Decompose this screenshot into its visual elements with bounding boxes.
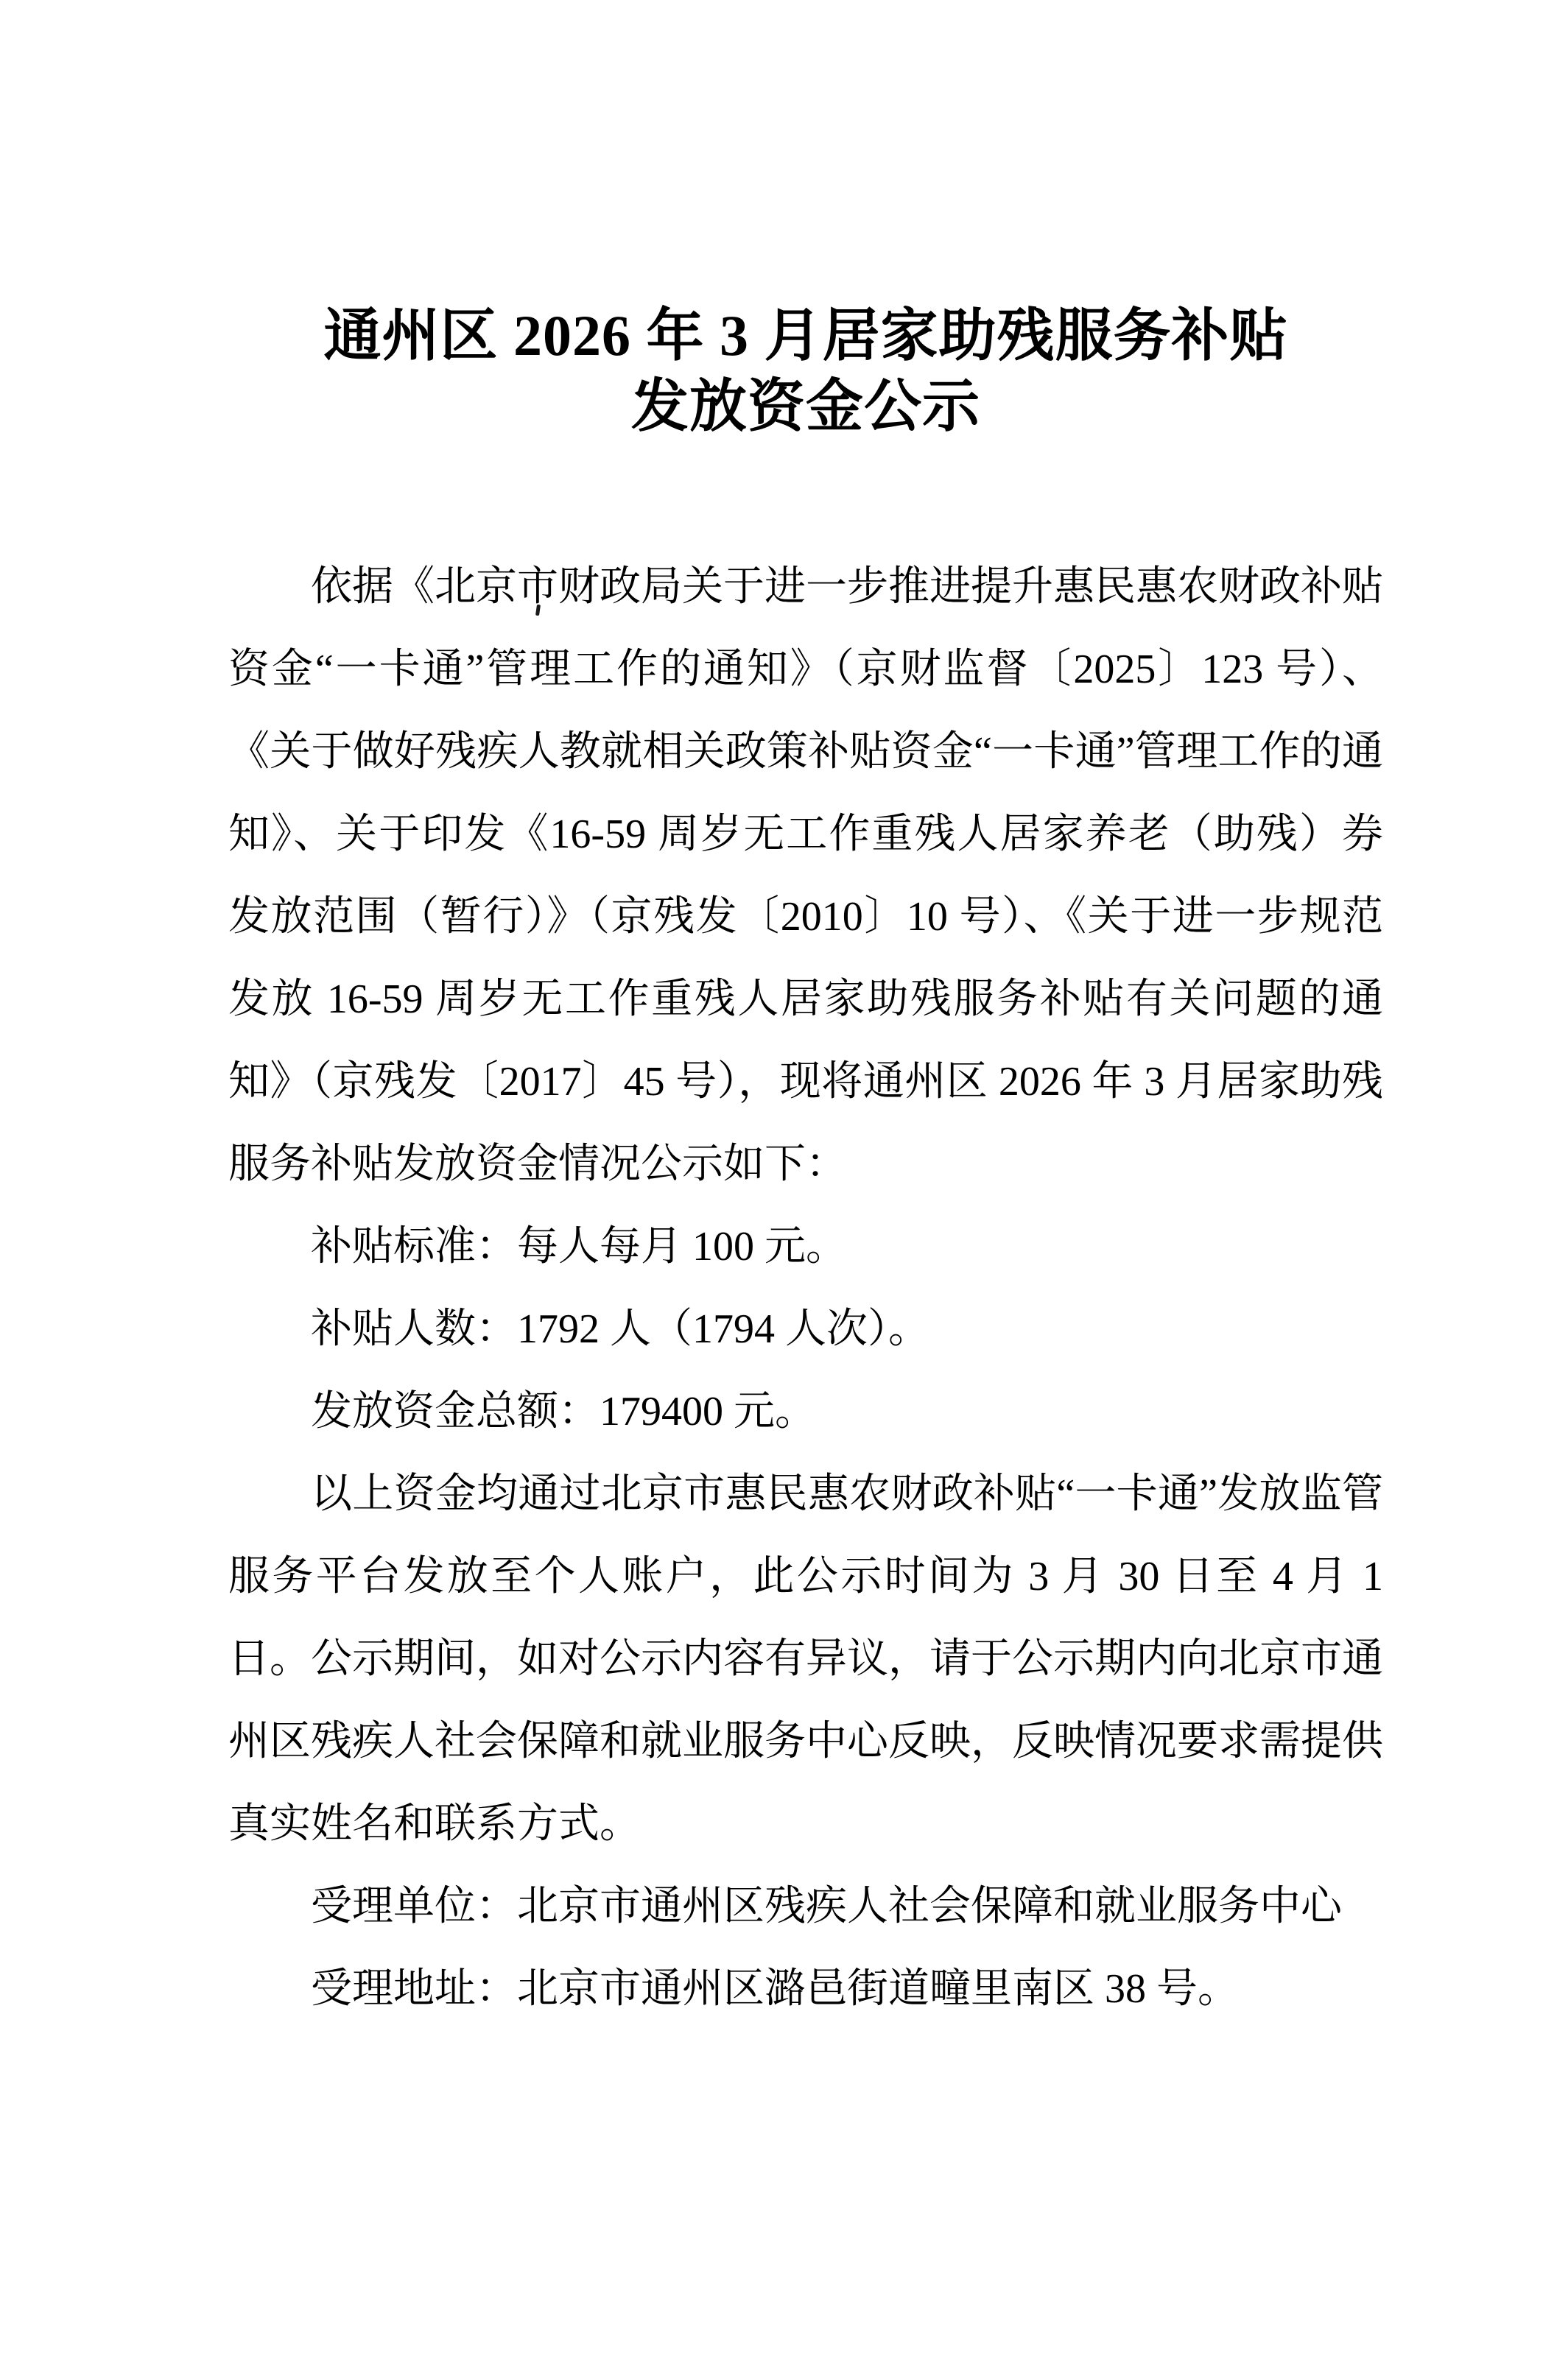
paragraph-basis: 依据《北京市财政局关于进一步推进提升惠民惠农财政补贴资金“一卡通”管理工作的通知…	[228, 546, 1383, 1205]
paragraph-subsidy-standard: 补贴标准：每人每月 100 元。	[228, 1205, 1383, 1288]
document-body: 依据《北京市财政局关于进一步推进提升惠民惠农财政补贴资金“一卡通”管理工作的通知…	[228, 546, 1383, 2030]
paragraph-publicity-period: 以上资金均通过北京市惠民惠农财政补贴“一卡通”发放监管服务平台发放至个人账户，此…	[228, 1453, 1383, 1865]
paragraph-total-amount: 发放资金总额：179400 元。	[228, 1370, 1383, 1453]
document-page: 通州区 2026 年 3 月居家助残服务补贴 发放资金公示 依据《北京市财政局关…	[0, 0, 1543, 2380]
title-line-1: 通州区 2026 年 3 月居家助残服务补贴	[228, 300, 1383, 371]
document-title: 通州区 2026 年 3 月居家助残服务补贴 发放资金公示	[228, 300, 1383, 442]
paragraph-accepting-unit: 受理单位：北京市通州区残疾人社会保障和就业服务中心	[228, 1865, 1383, 1948]
paragraph-accepting-address: 受理地址：北京市通州区潞邑街道疃里南区 38 号。	[228, 1948, 1383, 2030]
paragraph-subsidy-headcount: 补贴人数：1792 人（1794 人次）。	[228, 1288, 1383, 1370]
title-line-2: 发放资金公示	[228, 371, 1383, 442]
